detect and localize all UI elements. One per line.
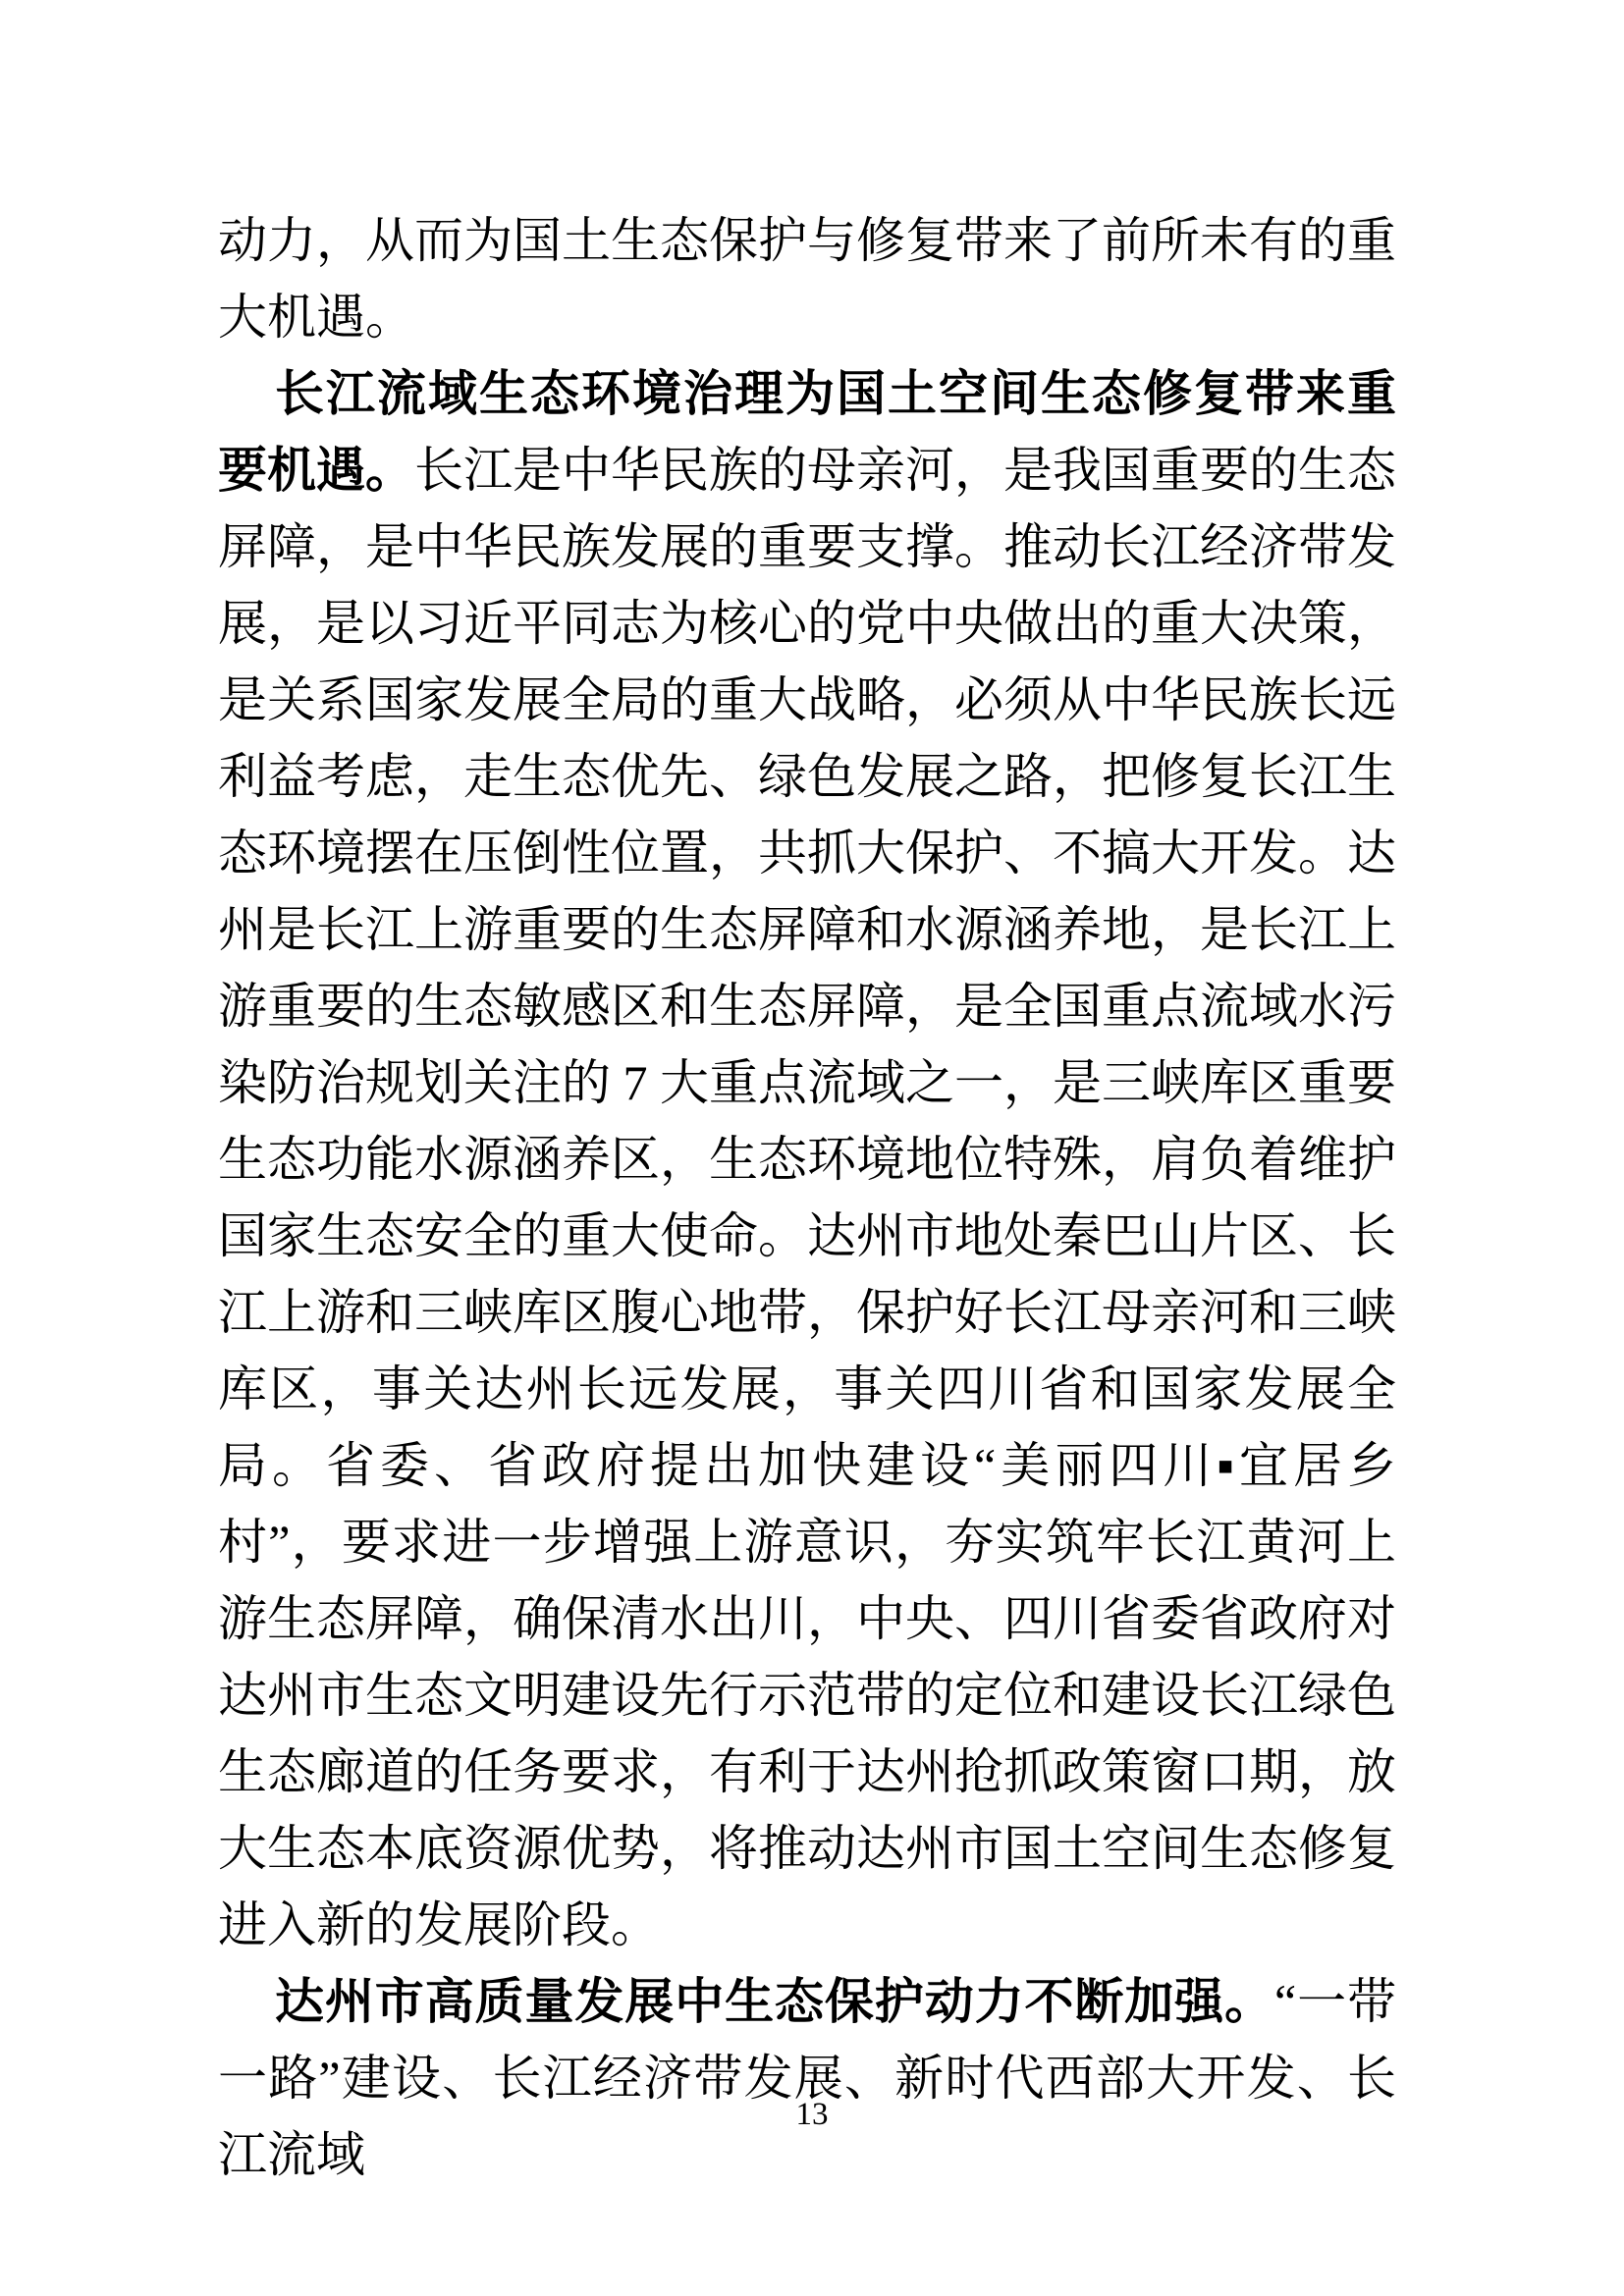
text-segment: 长江是中华民族的母亲河，是我国重要的生态屏障，是中华民族发展的重要支撑。推动长江… [218, 443, 1396, 1952]
bold-text-segment: 达州市高质量发展中生态保护动力不断加强。 [275, 1974, 1274, 2029]
document-page: 动力，从而为国土生态保护与修复带来了前所未有的重大机遇。长江流域生态环境治理为国… [0, 0, 1624, 2296]
document-body: 动力，从而为国土生态保护与修复带来了前所未有的重大机遇。长江流域生态环境治理为国… [218, 202, 1396, 2193]
page-number: 13 [0, 2097, 1624, 2132]
paragraph: 长江流域生态环境治理为国土空间生态修复带来重要机遇。长江是中华民族的母亲河，是我… [218, 355, 1396, 1963]
paragraph: 动力，从而为国土生态保护与修复带来了前所未有的重大机遇。 [218, 202, 1396, 355]
text-segment: 动力，从而为国土生态保护与修复带来了前所未有的重大机遇。 [218, 213, 1396, 345]
paragraph: 达州市高质量发展中生态保护动力不断加强。“一带一路”建设、长江经济带发展、新时代… [218, 1963, 1396, 2193]
